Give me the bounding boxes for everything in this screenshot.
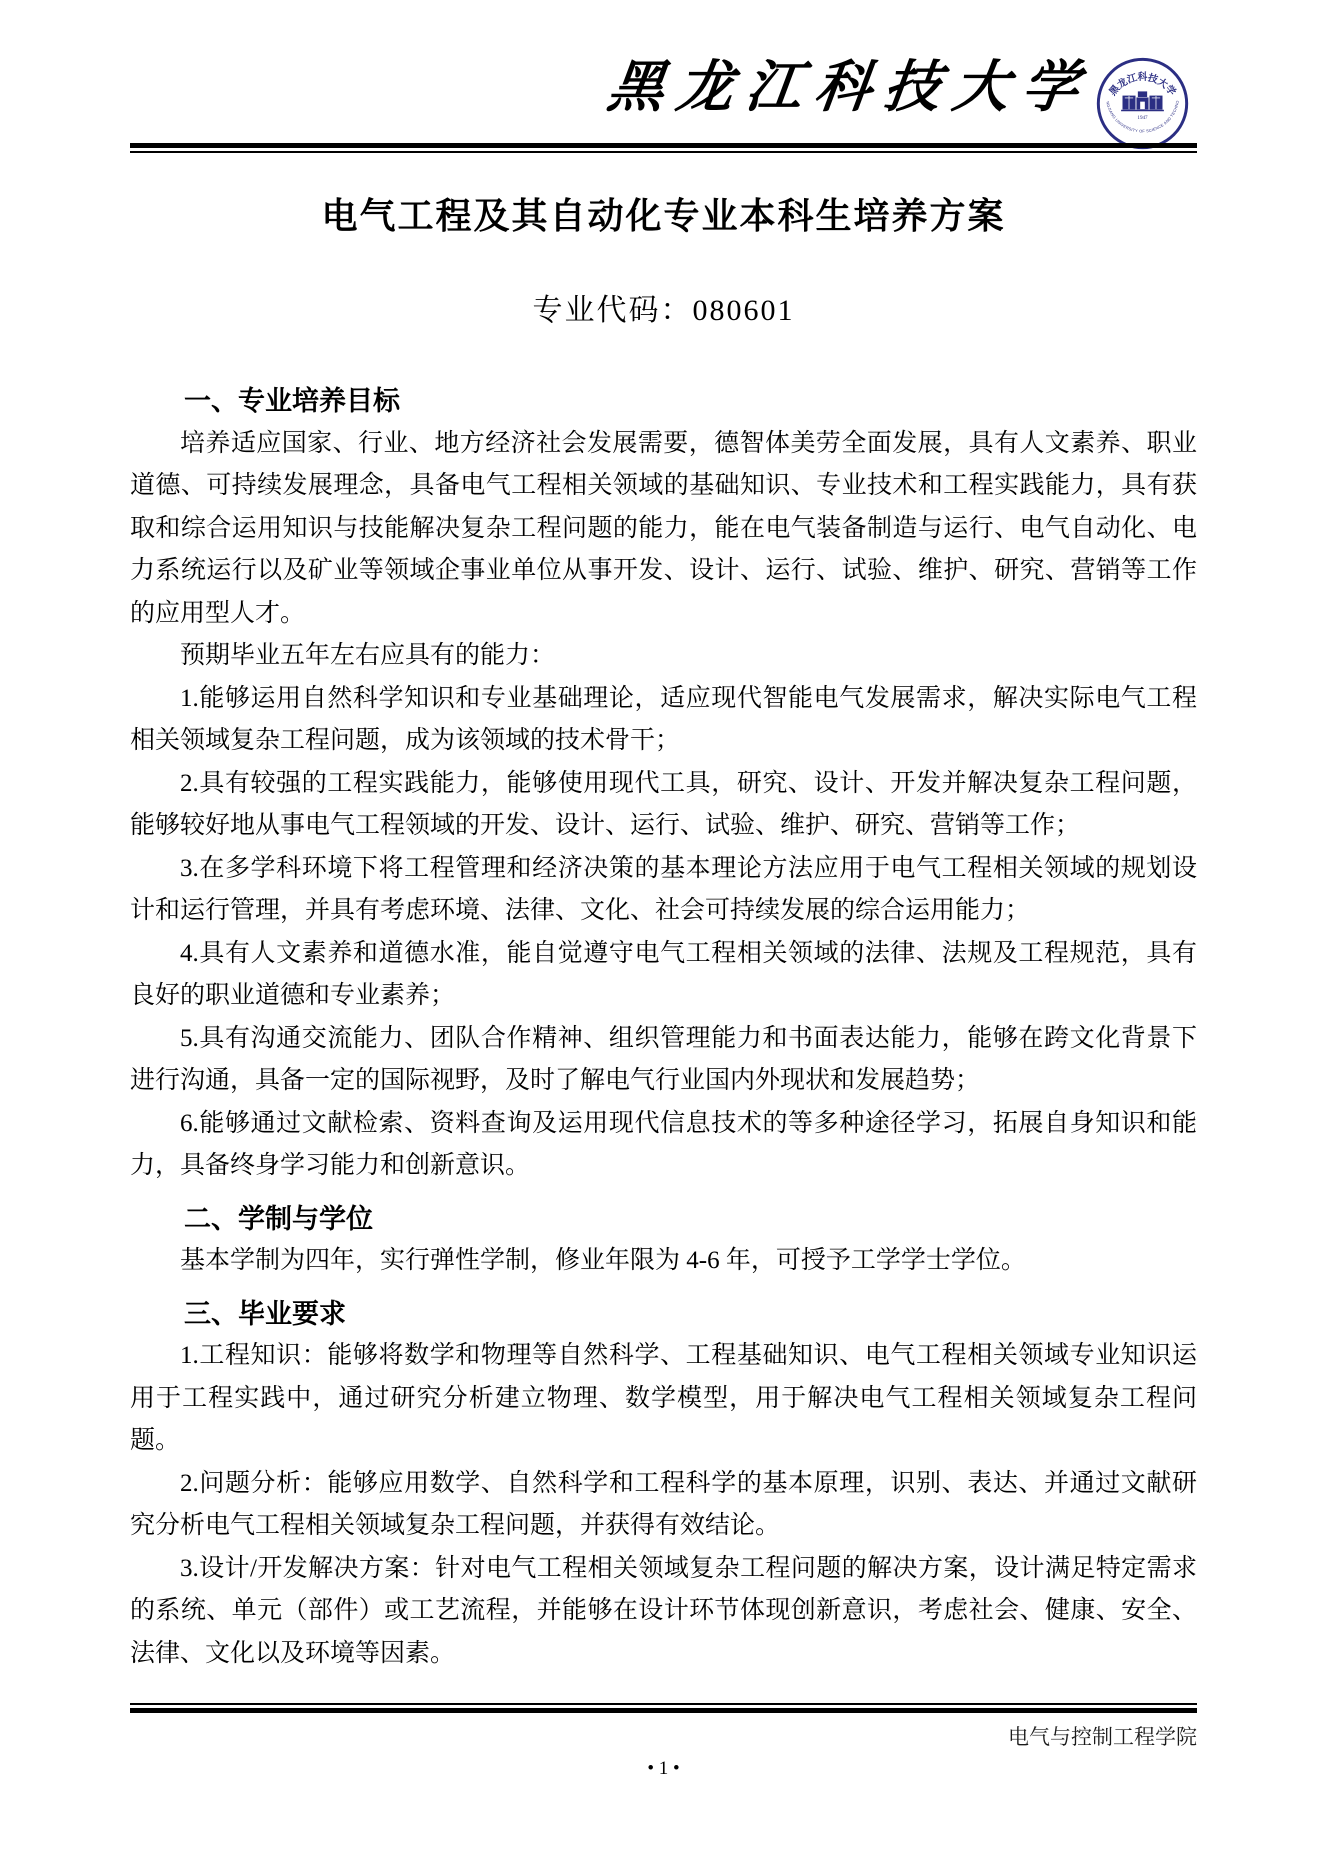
document-title: 电气工程及其自动化专业本科生培养方案 xyxy=(130,192,1197,239)
paragraph: 预期毕业五年左右应具有的能力： xyxy=(130,635,1197,678)
paragraph: 3.在多学科环境下将工程管理和经济决策的基本理论方法应用于电气工程相关领域的规划… xyxy=(130,848,1197,933)
paragraph: 基本学制为四年，实行弹性学制，修业年限为 4-6 年，可授予工学学士学位。 xyxy=(130,1240,1197,1283)
section-heading-graduation-requirements: 三、毕业要求 xyxy=(130,1293,1197,1336)
university-seal-icon: 黑龙江科技大学 HEILONGJIANG UNIVERSITY OF SCIEN… xyxy=(1096,57,1189,150)
paragraph: 2.问题分析：能够应用数学、自然科学和工程科学的基本原理，识别、表达、并通过文献… xyxy=(130,1463,1197,1548)
page-footer: 电气与控制工程学院 • 1 • xyxy=(130,1703,1197,1781)
paragraph: 6.能够通过文献检索、资料查询及运用现代信息技术的等多种途径学习，拓展自身知识和… xyxy=(130,1103,1197,1188)
paragraph: 5.具有沟通交流能力、团队合作精神、组织管理能力和书面表达能力，能够在跨文化背景… xyxy=(130,1018,1197,1103)
paragraph: 2.具有较强的工程实践能力，能够使用现代工具，研究、设计、开发并解决复杂工程问题… xyxy=(130,763,1197,848)
department-name: 电气与控制工程学院 xyxy=(130,1723,1197,1751)
section-heading-duration-degree: 二、学制与学位 xyxy=(130,1198,1197,1241)
document-body: 电气工程及其自动化专业本科生培养方案 专业代码：080601 一、专业培养目标 … xyxy=(130,150,1197,1675)
footer-divider xyxy=(130,1703,1197,1713)
page-number: • 1 • xyxy=(130,1757,1197,1781)
page-header: 黑龙江科技大学 黑龙江科技大学 HEILONGJIANG UNIVERSITY … xyxy=(130,0,1197,160)
paragraph: 3.设计/开发解决方案：针对电气工程相关领域复杂工程问题的解决方案，设计满足特定… xyxy=(130,1548,1197,1676)
section-heading-training-objectives: 一、专业培养目标 xyxy=(130,380,1197,423)
seal-year: 1947 xyxy=(1137,115,1148,121)
paragraph: 培养适应国家、行业、地方经济社会发展需要，德智体美劳全面发展，具有人文素养、职业… xyxy=(130,423,1197,636)
paragraph: 1.能够运用自然科学知识和专业基础理论，适应现代智能电气发展需求，解决实际电气工… xyxy=(130,678,1197,763)
paragraph: 1.工程知识：能够将数学和物理等自然科学、工程基础知识、电气工程相关领域专业知识… xyxy=(130,1335,1197,1463)
university-calligraphy-logo: 黑龙江科技大学 xyxy=(605,60,1095,116)
major-code: 专业代码：080601 xyxy=(130,291,1197,330)
document-page: 黑龙江科技大学 黑龙江科技大学 HEILONGJIANG UNIVERSITY … xyxy=(0,0,1323,1871)
paragraph: 4.具有人文素养和道德水准，能自觉遵守电气工程相关领域的法律、法规及工程规范，具… xyxy=(130,933,1197,1018)
